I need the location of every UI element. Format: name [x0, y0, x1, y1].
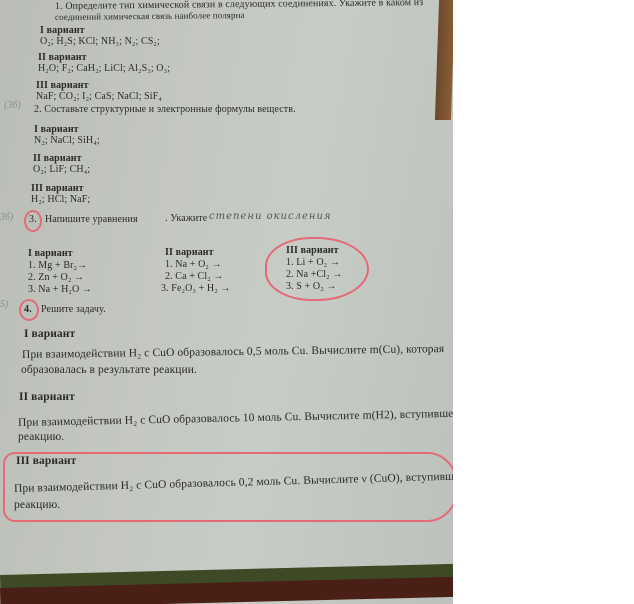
- task4-number: 4.: [24, 304, 32, 315]
- task4-variant1-line1: При взаимодействии H₂ с CuO образовалось…: [22, 343, 444, 361]
- task1-variant3-label: III вариант: [36, 80, 89, 91]
- task2-variant3-label: III вариант: [31, 183, 84, 194]
- task4-variant1-label: I вариант: [24, 328, 75, 340]
- task4-variant1-line2: образовалась в результате реакции.: [21, 364, 197, 376]
- task3-variant2-item1: 1. Na + O₂ →: [165, 259, 222, 270]
- task1-variant1-items: O₂; H₂S; KCl; NH₃; N₂; CS₂;: [40, 36, 160, 47]
- task4-variant3-line2: реакцию.: [14, 499, 60, 511]
- task3-variant3-item3: 3. S + O₂ →: [286, 281, 337, 292]
- task3-variant3-item1: 1. Li + O₂ →: [286, 257, 340, 268]
- task2-variant1-label: I вариант: [34, 124, 79, 135]
- task3-variant2-item2: 2. Ca + Cl₂ →: [165, 271, 223, 282]
- task3-variant1-item2: 2. Zn + O₂ →: [28, 272, 84, 283]
- task4-margin-note: 5): [0, 299, 8, 310]
- document-photo: 1. Определите тип химической связи в сле…: [0, 0, 453, 604]
- task2-variant1-items: N₂; NaCl; SiH₄;: [34, 135, 100, 146]
- task2-text: 2. Составьте структурные и электронные ф…: [34, 104, 296, 115]
- task3-number: 3.: [29, 214, 37, 225]
- task1-variant2-label: II вариант: [38, 52, 87, 63]
- task3-text: Напишите уравнения: [45, 214, 138, 225]
- task4-variant3-label: III вариант: [16, 455, 76, 467]
- task4-text: Решите задачу.: [41, 304, 106, 315]
- task3-handwritten: степени окисления: [209, 211, 332, 222]
- task1-variant1-label: I вариант: [40, 25, 85, 36]
- task3-text2: . Укажите: [165, 213, 207, 224]
- task3-variant2-label: II вариант: [165, 247, 214, 258]
- task1-variant3-items: NaF; CO₂; I₂; CaS; NaCl; SiF₄: [36, 91, 162, 102]
- task3-variant2-item3: 3. Fe₂O₃ + H₂ →: [161, 283, 231, 294]
- task4-variant2-line1: При взаимодействии H₂ с CuO образовалось…: [18, 407, 453, 429]
- task2-variant3-items: H₂; HCl; NaF;: [31, 194, 90, 205]
- task1-line2: соединений химическая связь наиболее пол…: [55, 10, 245, 22]
- task2-margin-note: (3б): [4, 100, 21, 111]
- task4-variant2-line2: реакцию.: [18, 431, 64, 443]
- task4-variant2-label: II вариант: [19, 391, 75, 403]
- task3-margin-note: 3б): [0, 212, 13, 223]
- task1-variant2-items: H₂O; F₂; CaH₂; LiCl; Al₂S₃; O₃;: [38, 63, 170, 74]
- task2-variant2-items: O₂; LiF; CH₄;: [33, 164, 90, 175]
- task3-variant3-item2: 2. Na +Cl₂ →: [286, 269, 342, 280]
- task3-variant1-item3: 3. Na + H₂O →: [28, 284, 92, 295]
- task3-variant1-label: I вариант: [28, 248, 73, 259]
- paper-edge: [435, 0, 453, 120]
- task3-variant1-item1: 1. Mg + Br₂→: [28, 260, 87, 271]
- task3-variant3-label: III вариант: [286, 245, 339, 256]
- task2-variant2-label: II вариант: [33, 153, 82, 164]
